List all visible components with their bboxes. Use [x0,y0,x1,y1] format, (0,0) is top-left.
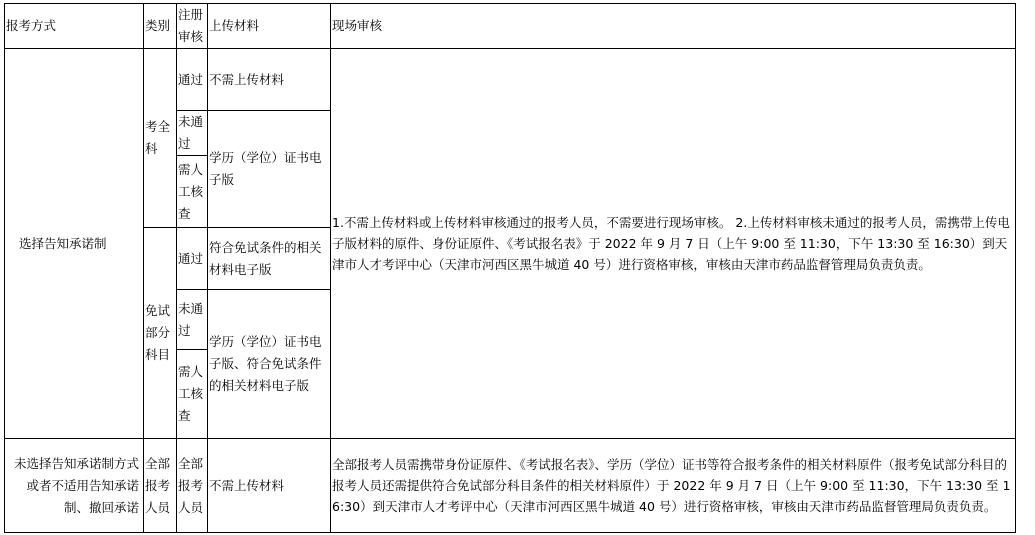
review-status: 通过 [177,49,208,111]
review-status: 通过 [177,228,208,290]
header-method: 报考方式 [5,4,144,49]
upload-materials: 不需上传材料 [208,49,331,111]
method-no-commitment: 未选择告知承诺制方式或者不适用告知承诺制、撤回承诺 [5,439,144,533]
header-upload-materials: 上传材料 [208,4,331,49]
category-all-candidates: 全部报考人员 [144,439,177,533]
table-row: 选择告知承诺制 考全科 通过 不需上传材料 1.不需上传材料或上传材料审核通过的… [5,49,1016,111]
header-onsite-review: 现场审核 [331,4,1016,49]
upload-materials: 符合免试条件的相关材料电子版 [208,228,331,290]
review-status: 未通过 [177,111,208,156]
review-status: 未通过 [177,290,208,350]
review-status: 需人工核查 [177,350,208,439]
upload-materials: 不需上传材料 [208,439,331,533]
registration-review-table: 报考方式 类别 注册审核 上传材料 现场审核 选择告知承诺制 考全科 通过 不需… [4,3,1016,533]
header-row: 报考方式 类别 注册审核 上传材料 现场审核 [5,4,1016,49]
category-all-subjects: 考全科 [144,49,177,228]
review-status: 全部报考人员 [177,439,208,533]
onsite-review-note: 1.不需上传材料或上传材料审核通过的报考人员，不需要进行现场审核。 2.上传材料… [331,49,1016,439]
header-registration-review: 注册审核 [177,4,208,49]
table-row: 未选择告知承诺制方式或者不适用告知承诺制、撤回承诺 全部报考人员 全部报考人员 … [5,439,1016,533]
upload-materials: 学历（学位）证书电子版、符合免试条件的相关材料电子版 [208,290,331,439]
header-category: 类别 [144,4,177,49]
category-partial-exempt: 免试部分科目 [144,228,177,439]
review-status: 需人工核查 [177,156,208,228]
method-commitment: 选择告知承诺制 [5,49,144,439]
upload-materials: 学历（学位）证书电子版 [208,111,331,228]
onsite-review-note: 全部报考人员需携带身份证原件、《考试报名表》、学历（学位）证书等符合报考条件的相… [331,439,1016,533]
